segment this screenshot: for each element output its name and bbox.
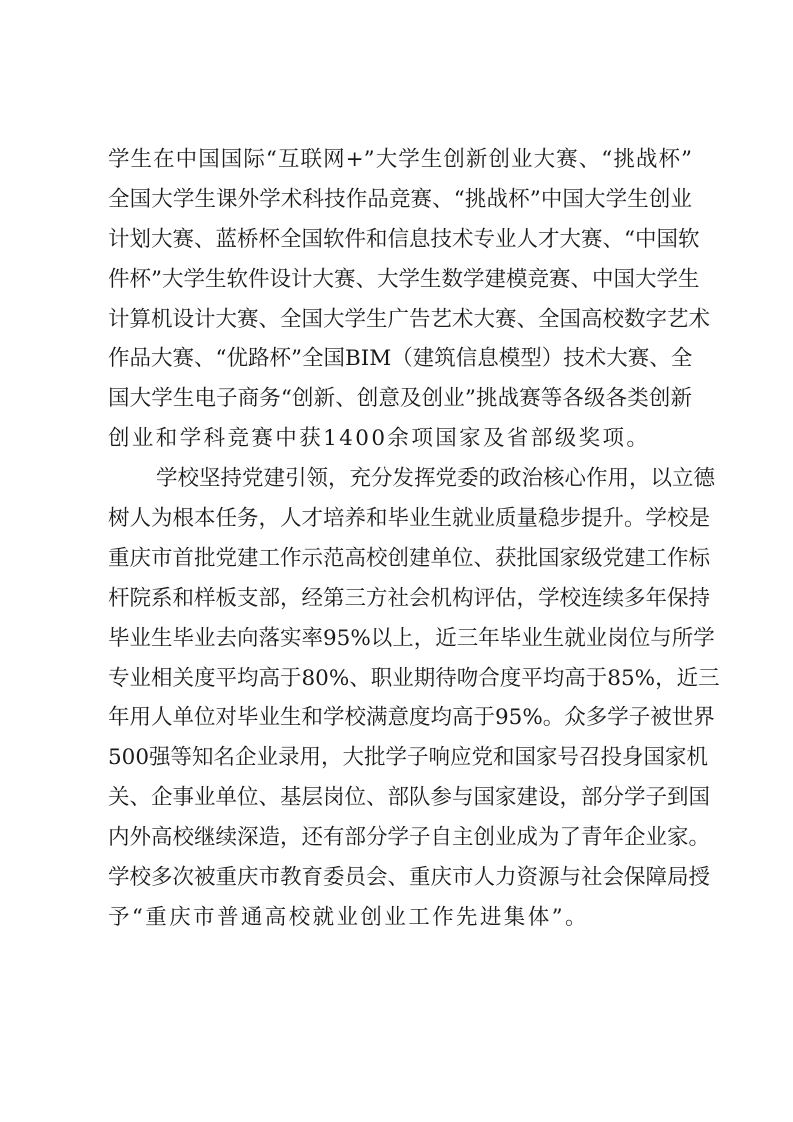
paragraph-party-building-employment: 学校坚持党建引领，充分发挥党委的政治核心作用，以立德 树人为根本任务，人才培养和…: [108, 459, 692, 938]
text-line: 树人为根本任务，人才培养和毕业生就业质量稳步提升。学校是: [108, 499, 692, 539]
text-line: 关、企事业单位、基层岗位、部队参与国家建设，部分学子到国: [108, 778, 692, 818]
text-line: 计划大赛、蓝桥杯全国软件和信息技术专业人才大赛、“中国软: [108, 220, 692, 260]
text-line: 计算机设计大赛、全国大学生广告艺术大赛、全国高校数字艺术: [108, 300, 692, 340]
text-line: 内外高校继续深造，还有部分学子自主创业成为了青年企业家。: [108, 818, 692, 858]
text-line: 专业相关度平均高于80%、职业期待吻合度平均高于85%，近三: [108, 659, 692, 699]
text-line: 学校坚持党建引领，充分发挥党委的政治核心作用，以立德: [108, 459, 692, 499]
text-line: 学校多次被重庆市教育委员会、重庆市人力资源与社会保障局授: [108, 858, 692, 898]
text-line: 件杯”大学生软件设计大赛、大学生数学建模竞赛、中国大学生: [108, 260, 692, 300]
text-line: 500强等知名企业录用，大批学子响应党和国家号召投身国家机: [108, 738, 692, 778]
document-page: 学生在中国国际“互联网+”大学生创新创业大赛、“挑战杯” 全国大学生课外学术科技…: [0, 0, 793, 1122]
text-line: 学生在中国国际“互联网+”大学生创新创业大赛、“挑战杯”: [108, 140, 692, 180]
paragraph-competition-awards: 学生在中国国际“互联网+”大学生创新创业大赛、“挑战杯” 全国大学生课外学术科技…: [108, 140, 692, 459]
body-text: 学生在中国国际“互联网+”大学生创新创业大赛、“挑战杯” 全国大学生课外学术科技…: [108, 140, 692, 938]
text-line: 年用人单位对毕业生和学校满意度均高于95%。众多学子被世界: [108, 698, 692, 738]
text-line: 创业和学科竞赛中获1400余项国家及省部级奖项。: [108, 419, 692, 459]
text-line: 作品大赛、“优路杯”全国BIM（建筑信息模型）技术大赛、全: [108, 339, 692, 379]
text-line: 全国大学生课外学术科技作品竞赛、“挑战杯”中国大学生创业: [108, 180, 692, 220]
text-line: 重庆市首批党建工作示范高校创建单位、获批国家级党建工作标: [108, 539, 692, 579]
text-line: 杆院系和样板支部，经第三方社会机构评估，学校连续多年保持: [108, 579, 692, 619]
text-line: 毕业生毕业去向落实率95%以上，近三年毕业生就业岗位与所学: [108, 619, 692, 659]
text-line: 国大学生电子商务“创新、创意及创业”挑战赛等各级各类创新: [108, 379, 692, 419]
text-line: 予“重庆市普通高校就业创业工作先进集体”。: [108, 898, 692, 938]
